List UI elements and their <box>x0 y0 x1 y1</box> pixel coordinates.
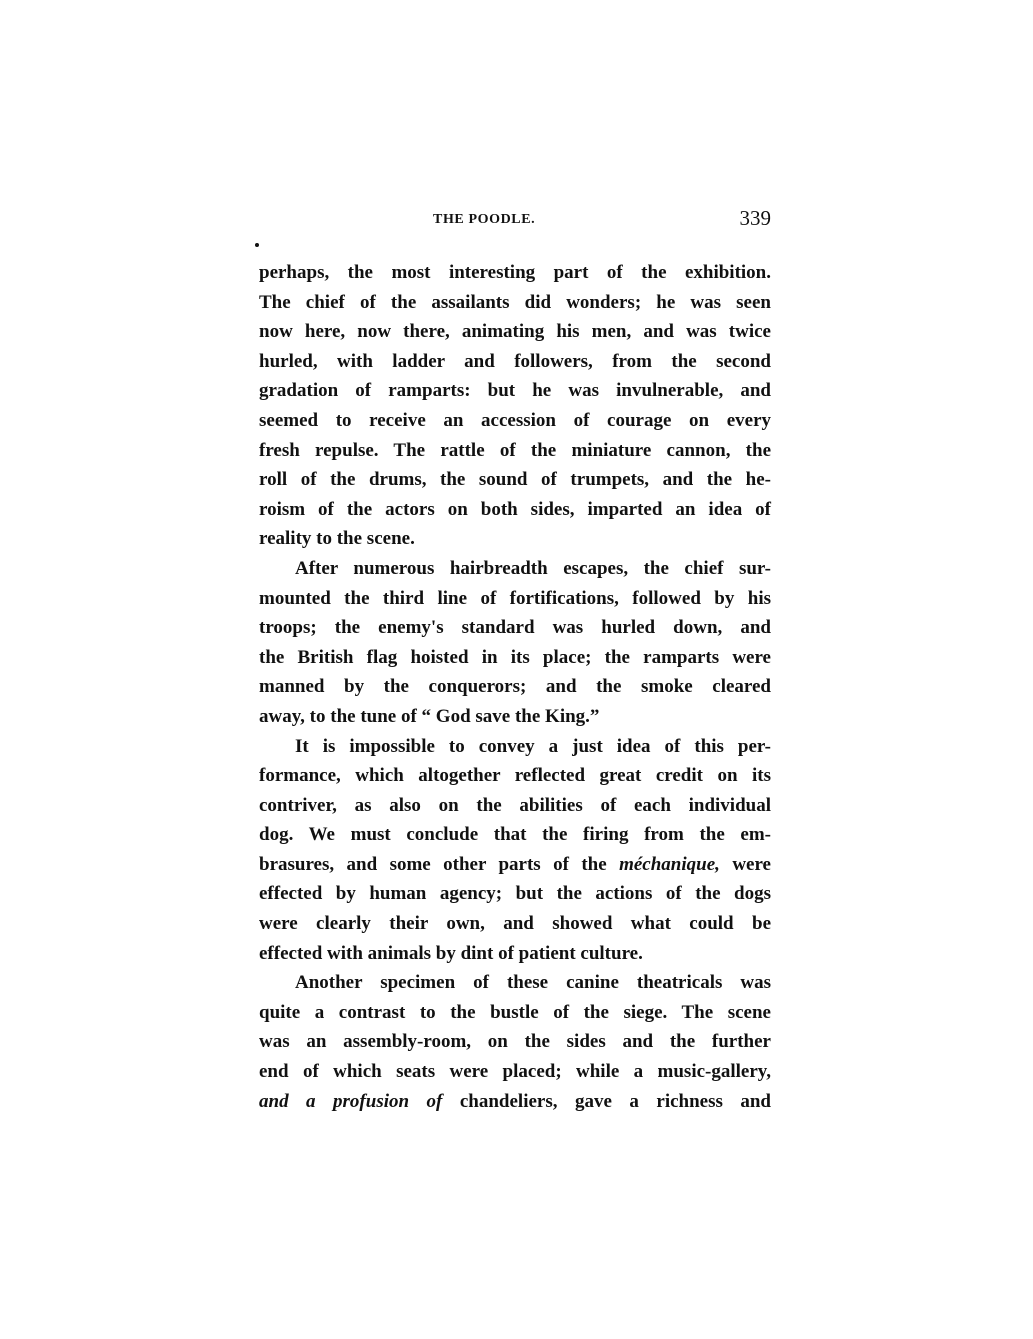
text-line: dog. We must conclude that the firing fr… <box>259 820 771 850</box>
running-head: THE POODLE. 339 <box>259 208 771 232</box>
text-line: away, to the tune of “ God save the King… <box>259 702 771 732</box>
book-page: THE POODLE. 339 perhaps, the most intere… <box>0 0 1033 1339</box>
text-line: effected by human agency; but the action… <box>259 879 771 909</box>
paragraph-2: After numerous hairbreadth escapes, the … <box>259 554 771 732</box>
text-line: mounted the third line of fortifications… <box>259 584 771 614</box>
running-title: THE POODLE. <box>433 208 535 232</box>
text-line: hurled, with ladder and followers, from … <box>259 347 771 377</box>
text-fragment: brasures, and some other parts of the <box>259 854 619 875</box>
italic-fragment: and a profusion of <box>259 1091 442 1112</box>
text-line: After numerous hairbreadth escapes, the … <box>259 554 771 584</box>
body-text: perhaps, the most interesting part of th… <box>259 258 771 1116</box>
text-line: was an assembly-room, on the sides and t… <box>259 1027 771 1057</box>
text-line: roism of the actors on both sides, impar… <box>259 495 771 525</box>
text-line: were clearly their own, and showed what … <box>259 909 771 939</box>
text-line: fresh repulse. The rattle of the miniatu… <box>259 436 771 466</box>
text-line-mixed: and a profusion of chandeliers, gave a r… <box>259 1087 771 1117</box>
text-line: perhaps, the most interesting part of th… <box>259 258 771 288</box>
paragraph-1: perhaps, the most interesting part of th… <box>259 258 771 554</box>
text-line: end of which seats were placed; while a … <box>259 1057 771 1087</box>
text-fragment: were <box>720 854 771 875</box>
text-line: manned by the conquerors; and the smoke … <box>259 672 771 702</box>
text-fragment: chandeliers, gave a richness and <box>442 1091 771 1112</box>
text-line: quite a contrast to the bustle of the si… <box>259 998 771 1028</box>
page-number: 339 <box>740 206 772 230</box>
text-line: gradation of ramparts: but he was invuln… <box>259 376 771 406</box>
paragraph-3: It is impossible to convey a just idea o… <box>259 732 771 969</box>
text-line: contriver, as also on the abilities of e… <box>259 791 771 821</box>
text-line: It is impossible to convey a just idea o… <box>259 732 771 762</box>
text-line: now here, now there, animating his men, … <box>259 317 771 347</box>
italic-fragment: méchanique, <box>619 854 720 875</box>
text-line: The chief of the assailants did wonders;… <box>259 288 771 318</box>
text-line: troops; the enemy's standard was hurled … <box>259 613 771 643</box>
text-line-mixed: brasures, and some other parts of the mé… <box>259 850 771 880</box>
text-line: Another specimen of these canine theatri… <box>259 968 771 998</box>
text-line: seemed to receive an accession of courag… <box>259 406 771 436</box>
paragraph-4: Another specimen of these canine theatri… <box>259 968 771 1116</box>
text-line: formance, which altogether reflected gre… <box>259 761 771 791</box>
print-speck <box>255 243 259 247</box>
text-line: effected with animals by dint of patient… <box>259 939 771 969</box>
text-line: the British flag hoisted in its place; t… <box>259 643 771 673</box>
text-line: roll of the drums, the sound of trumpets… <box>259 465 771 495</box>
text-line: reality to the scene. <box>259 524 771 554</box>
